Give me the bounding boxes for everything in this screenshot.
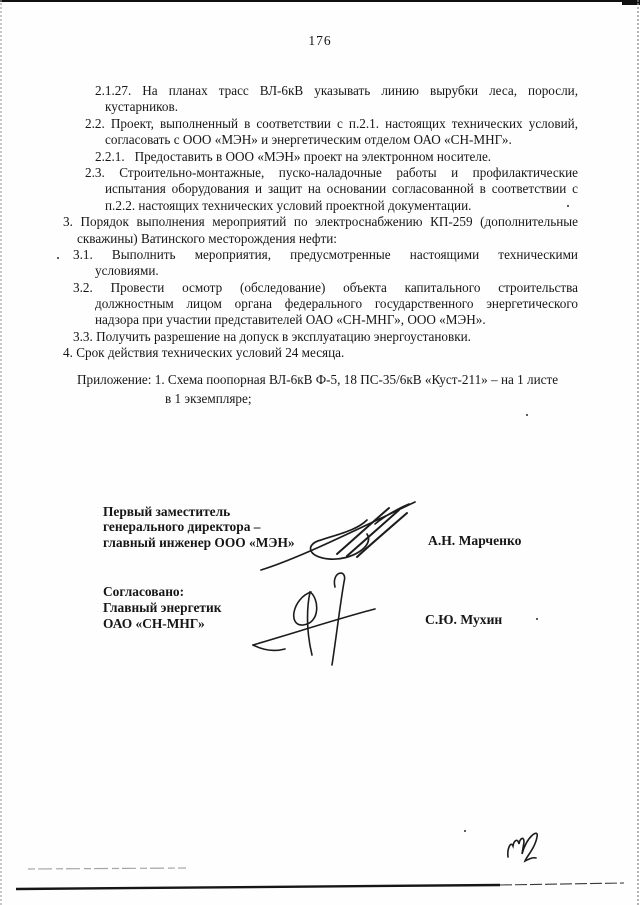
scan-speck xyxy=(567,205,569,207)
page-number: 176 xyxy=(0,33,640,49)
scan-speck xyxy=(464,830,466,832)
document-line: 2.2.1. Предоставить в ООО «МЭН» проект н… xyxy=(0,149,578,165)
signatory-name: А.Н. Марченко xyxy=(428,533,521,549)
scan-speck xyxy=(526,414,528,416)
document-line: скважины) Ватинского месторождения нефти… xyxy=(0,231,578,247)
appendix-line: Приложение: 1. Схема поопорная ВЛ-6кВ Ф-… xyxy=(0,371,600,390)
scan-speck xyxy=(536,618,538,620)
appendix-line: в 1 экземпляре; xyxy=(0,390,600,409)
document-line: 3.1. Выполнить мероприятия, предусмотрен… xyxy=(0,247,578,263)
document-line: должностным лицом органа федерального го… xyxy=(0,296,578,312)
appendix-block: Приложение: 1. Схема поопорная ВЛ-6кВ Ф-… xyxy=(0,371,600,408)
document-line: надзора при участии представителей ОАО «… xyxy=(0,312,578,328)
document-line: 2.3. Строительно-монтажные, пуско-наладо… xyxy=(0,165,578,181)
scan-right-edge-artifact xyxy=(637,0,639,905)
signature-block-chief-power-engineer: Согласовано:Главный энергетикОАО «СН-МНГ… xyxy=(103,584,221,632)
document-line: 3. Порядок выполнения мероприятий по эле… xyxy=(0,214,578,230)
scanned-page: 176 2.1.27. На планах трасс ВЛ-6кВ указы… xyxy=(0,0,640,905)
document-line: 3.3. Получить разрешение на допуск в экс… xyxy=(0,329,578,345)
scanner-top-edge-artifact xyxy=(0,0,640,2)
document-line: 3.2. Провести осмотр (обследование) объе… xyxy=(0,280,578,296)
document-body: 2.1.27. На планах трасс ВЛ-6кВ указывать… xyxy=(0,83,578,362)
signature-title-line: Главный энергетик xyxy=(103,600,221,616)
document-line: 2.1.27. На планах трасс ВЛ-6кВ указывать… xyxy=(0,83,578,99)
document-line: испытания оборудования и защит на основа… xyxy=(0,181,578,197)
document-line: п.2.2. настоящих технических условий про… xyxy=(0,198,578,214)
signature-title-line: Согласовано: xyxy=(103,584,221,600)
signatory-name: С.Ю. Мухин xyxy=(425,612,502,628)
document-line: 2.2. Проект, выполненный в соответствии … xyxy=(0,116,578,132)
signature-title-line: ОАО «СН-МНГ» xyxy=(103,616,221,632)
document-line: согласовать с ООО «МЭН» и энергетическим… xyxy=(0,132,578,148)
scan-speck xyxy=(57,257,59,259)
document-line: 4. Срок действия технических условий 24 … xyxy=(0,345,578,361)
document-line: условиями. xyxy=(0,263,578,279)
page-bottom-rules xyxy=(0,860,640,900)
mukhin-signature-icon xyxy=(247,565,383,671)
document-line: кустарников. xyxy=(0,99,578,115)
